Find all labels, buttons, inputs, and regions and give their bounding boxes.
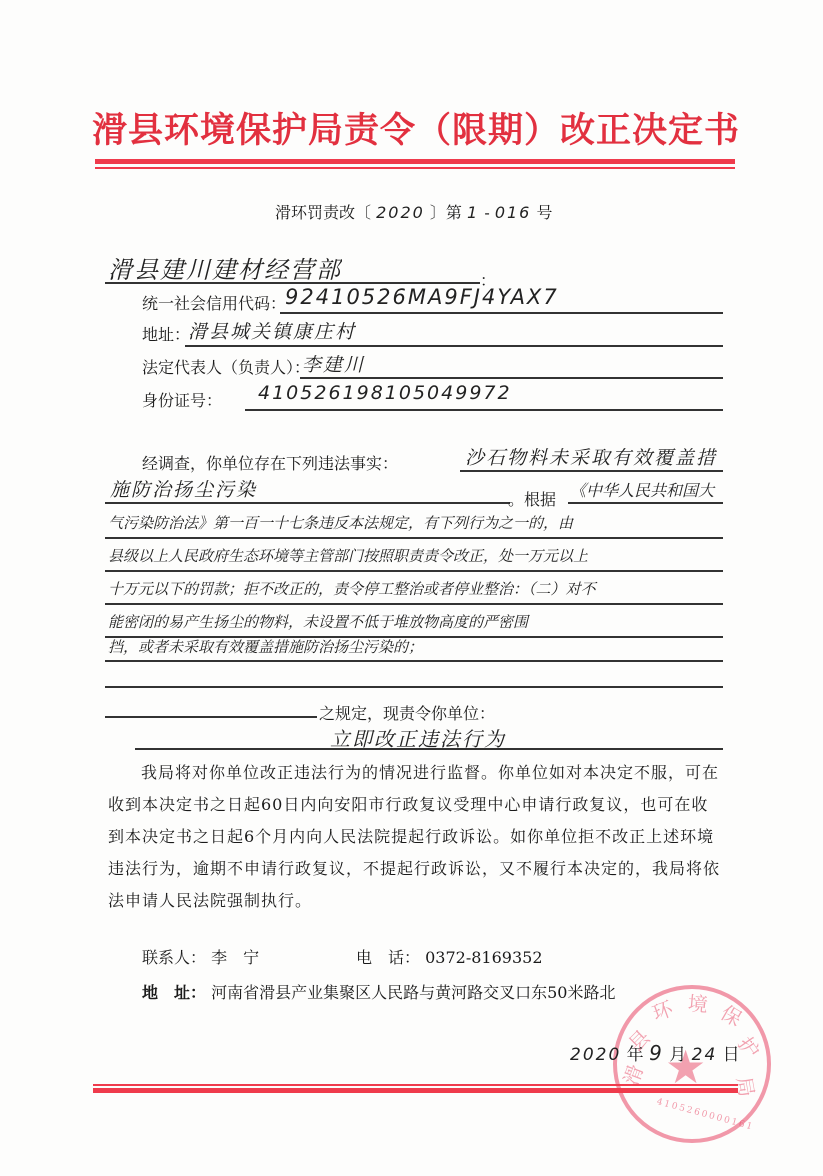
- docno-mid: 〕第: [430, 203, 462, 222]
- facts-line-2: 施防治扬尘污染: [110, 475, 257, 502]
- facts-intro: 经调查，你单位存在下列违法事实：: [142, 451, 398, 474]
- date-day-label: 日: [723, 1045, 740, 1065]
- address-label: 地址：: [142, 322, 190, 345]
- basis-line-0: 《中华人民共和国大: [570, 478, 730, 501]
- basis-line-2-underline: [105, 570, 723, 572]
- credit-code-value: 92410526MA9FJ4YAX7: [285, 285, 559, 309]
- basis-line-4: 能密闭的易产生扬尘的物料，未设置不低于堆放物高度的严密围: [108, 611, 723, 632]
- contact-address-label: 地 址：: [142, 983, 206, 1002]
- header-red-rule-thin: [95, 167, 735, 169]
- basis-line-0-underline: [568, 502, 723, 504]
- facts-line-2-underline: [105, 502, 510, 504]
- address-underline: [185, 345, 723, 347]
- legal-rep-value: 李建川: [302, 350, 365, 377]
- contact-person: 联系人： 李 宁: [142, 945, 259, 968]
- contact-phone-label: 电 话：: [356, 948, 420, 967]
- docno-dash: -: [484, 203, 489, 222]
- contact-phone: 电 话： 0372-8169352: [356, 945, 543, 968]
- docno-num1: 1: [467, 203, 479, 222]
- docno-suffix: 号: [536, 203, 552, 222]
- contact-phone-value: 0372-8169352: [425, 948, 542, 967]
- basis-line-1: 气污染防治法》第一百一十七条违反本法规定，有下列行为之一的，由: [108, 512, 723, 533]
- basis-line-5: 挡，或者未采取有效覆盖措施防治扬尘污染的；: [108, 636, 723, 657]
- contact-person-value: 李 宁: [211, 948, 259, 967]
- basis-line-3: 十万元以下的罚款；拒不改正的，责令停工整治或者停业整治：（二）对不: [108, 578, 723, 599]
- basis-label: 。根据: [508, 487, 556, 510]
- recipient-name: 滑县建川建材经营部: [108, 250, 342, 285]
- basis-line-6-underline: [105, 686, 723, 688]
- date-year: 2020: [570, 1045, 621, 1065]
- seal-char-4: 境: [687, 987, 709, 1018]
- facts-line-1: 沙石物料未采取有效覆盖措: [465, 443, 725, 470]
- footer-red-rule-thick: [93, 1088, 738, 1093]
- id-number-value: 410526198105049972: [258, 382, 512, 404]
- basis-line-5-underline: [105, 660, 723, 662]
- provision-suffix: 之规定，现责令你单位：: [319, 701, 495, 724]
- address-value: 滑县城关镇康庄村: [188, 317, 356, 344]
- date-day: 24: [692, 1045, 718, 1065]
- id-number-underline: [245, 409, 723, 411]
- contact-address-value: 河南省滑县产业集聚区人民路与黄河路交叉口东50米路北: [211, 983, 615, 1002]
- contact-person-label: 联系人：: [142, 948, 206, 967]
- document-title: 滑县环境保护局责令（限期）改正决定书: [92, 103, 742, 153]
- issue-date: 2020 年 9 月 24 日: [570, 1040, 740, 1065]
- order-underline: [135, 748, 723, 750]
- contact-address: 地 址： 河南省滑县产业集聚区人民路与黄河路交叉口东50米路北: [142, 980, 615, 1003]
- document-number: 滑环罚责改〔 2020 〕第 1 - 016 号: [275, 200, 552, 223]
- legal-rep-underline: [300, 377, 723, 379]
- body-paragraph: 我局将对你单位改正违法行为的情况进行监督。你单位如对本决定不服，可在收到本决定书…: [108, 757, 724, 917]
- credit-code-underline: [280, 312, 723, 314]
- credit-code-label: 统一社会信用代码：: [142, 291, 286, 314]
- basis-line-1-underline: [105, 537, 723, 539]
- id-number-label: 身份证号：: [142, 388, 222, 411]
- basis-line-3-underline: [105, 603, 723, 605]
- date-year-label: 年: [627, 1045, 644, 1065]
- date-month: 9: [649, 1041, 664, 1065]
- docno-prefix: 滑环罚责改〔: [275, 203, 371, 222]
- header-red-rule-thick: [95, 159, 735, 164]
- provision-blank-underline: [105, 716, 317, 718]
- date-month-label: 月: [669, 1045, 686, 1065]
- basis-line-2: 县级以上人民政府生态环境等主管部门按照职责责令改正，处一万元以上: [108, 545, 723, 566]
- facts-line-1-underline: [460, 470, 723, 472]
- legal-rep-label: 法定代表人（负责人）：: [142, 355, 310, 378]
- docno-year: 2020: [376, 203, 425, 222]
- footer-red-rule-thin: [93, 1084, 738, 1086]
- recipient-underline: [105, 282, 480, 284]
- docno-num2: 016: [495, 203, 532, 222]
